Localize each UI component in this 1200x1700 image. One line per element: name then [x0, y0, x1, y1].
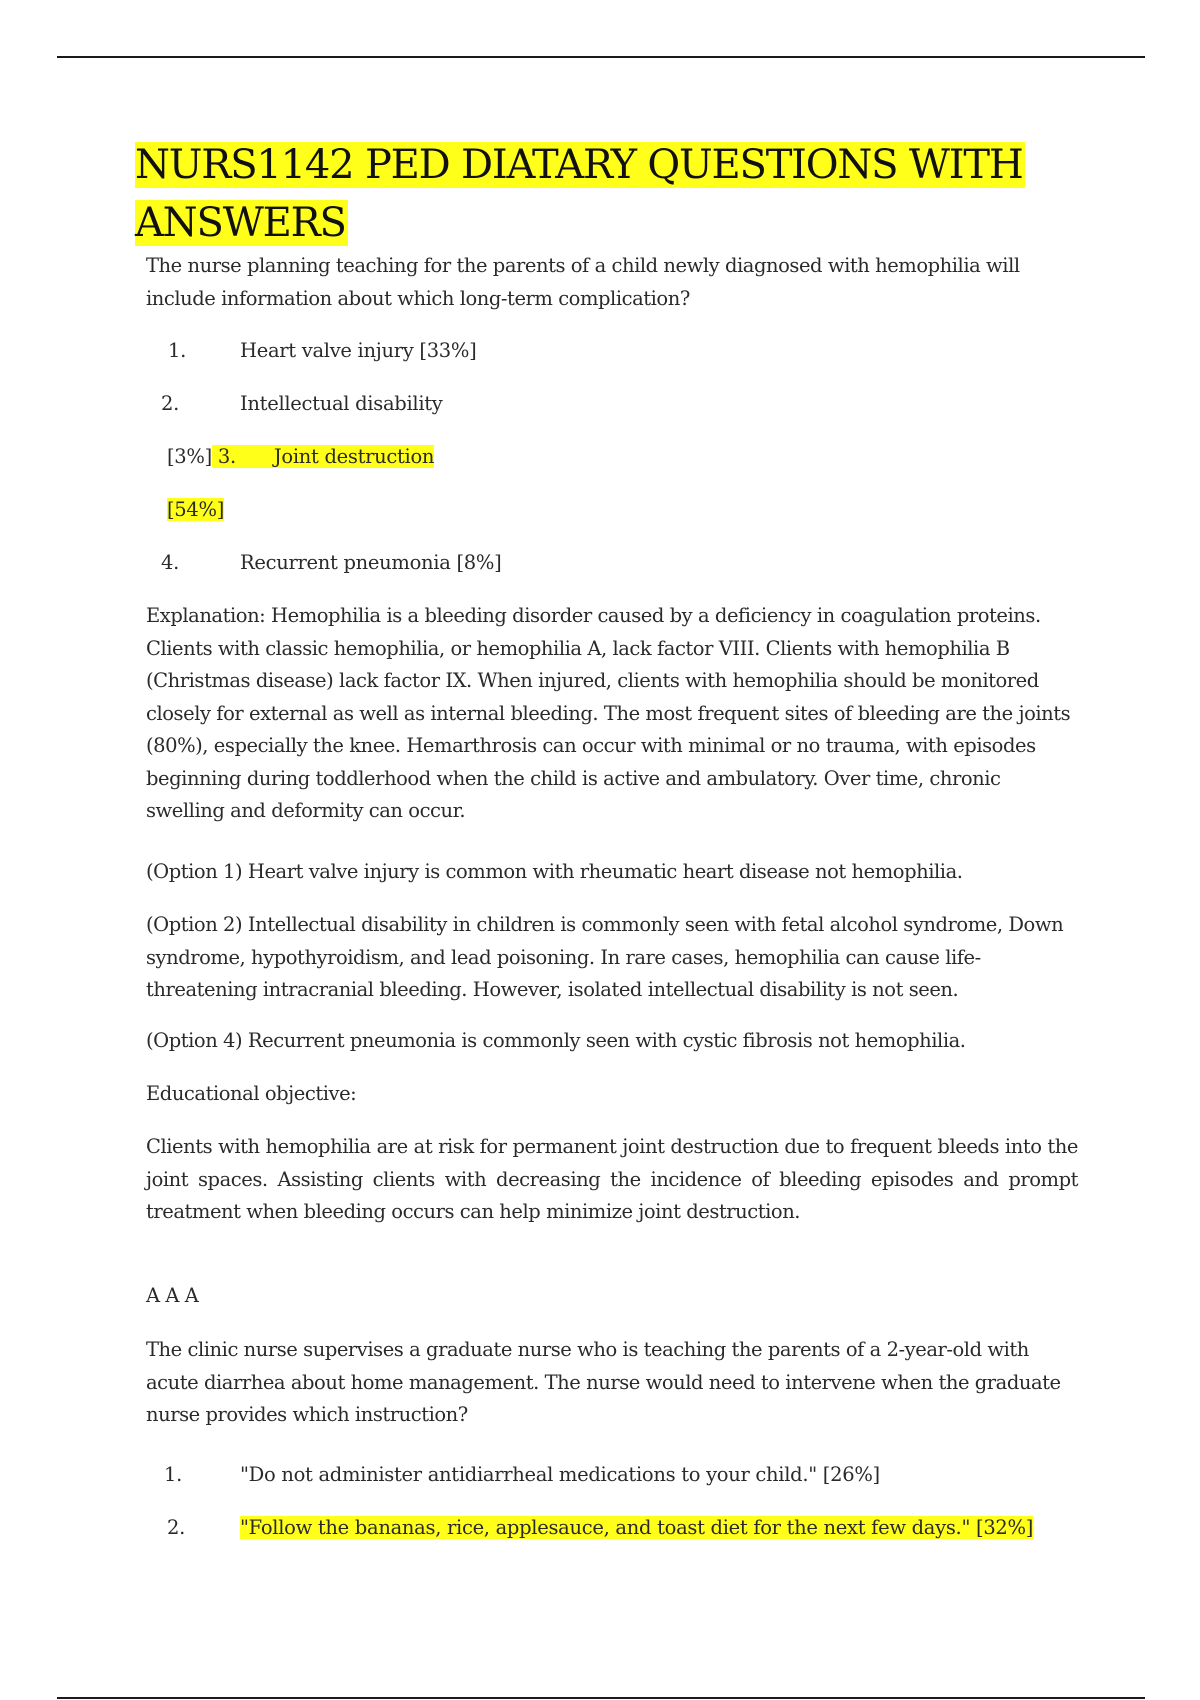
educational-objective-text: Clients with hemophilia are at risk for …	[146, 1131, 1078, 1229]
option-prefix: [3%]	[167, 445, 212, 468]
question-1-stem: The nurse planning teaching for the pare…	[146, 250, 1076, 315]
option-1-note: (Option 1) Heart valve injury is common …	[146, 856, 1106, 889]
option-text: Heart valve injury [33%]	[240, 339, 476, 362]
option-number: 2.	[167, 1513, 240, 1543]
question-1-option-3-percent: [54%]	[167, 495, 224, 525]
question-1-option-3: [3%] 3.Joint destruction	[167, 442, 434, 472]
option-number: 3.	[218, 442, 274, 472]
question-1-option-2: 2.Intellectual disability	[161, 389, 443, 419]
title-line-1: NURS1142 PED DIATARY QUESTIONS WITH	[135, 142, 1025, 188]
document-title: NURS1142 PED DIATARY QUESTIONS WITH ANSW…	[135, 136, 1095, 252]
option-number: 1.	[164, 1460, 240, 1490]
option-2-note: (Option 2) Intellectual disability in ch…	[146, 909, 1091, 1007]
option-number: 1.	[168, 336, 240, 366]
footer-rule	[57, 1697, 1145, 1699]
title-line-2: ANSWERS	[135, 200, 348, 246]
header-rule	[57, 56, 1145, 58]
option-text: "Do not administer antidiarrheal medicat…	[240, 1463, 880, 1486]
section-separator: A A A	[146, 1280, 1086, 1313]
question-1-option-1: 1.Heart valve injury [33%]	[168, 336, 476, 366]
option-number: 2.	[161, 389, 240, 419]
option-4-note: (Option 4) Recurrent pneumonia is common…	[146, 1025, 1106, 1058]
option-text: Intellectual disability	[240, 392, 443, 415]
question-1-explanation: Explanation: Hemophilia is a bleeding di…	[146, 600, 1078, 828]
option-text-highlighted: "Follow the bananas, rice, applesauce, a…	[240, 1516, 1033, 1539]
option-number: 4.	[161, 548, 240, 578]
correct-answer-percent: [54%]	[167, 498, 224, 521]
educational-objective-label: Educational objective:	[146, 1078, 1086, 1111]
option-text: Joint destruction	[274, 445, 434, 468]
question-2-stem: The clinic nurse supervises a graduate n…	[146, 1334, 1076, 1432]
correct-answer-highlight: 3.Joint destruction	[212, 445, 434, 468]
question-2-option-2: 2."Follow the bananas, rice, applesauce,…	[167, 1513, 1033, 1543]
option-text: Recurrent pneumonia [8%]	[240, 551, 501, 574]
question-2-option-1: 1."Do not administer antidiarrheal medic…	[164, 1460, 880, 1490]
question-1-option-4: 4.Recurrent pneumonia [8%]	[161, 548, 501, 578]
